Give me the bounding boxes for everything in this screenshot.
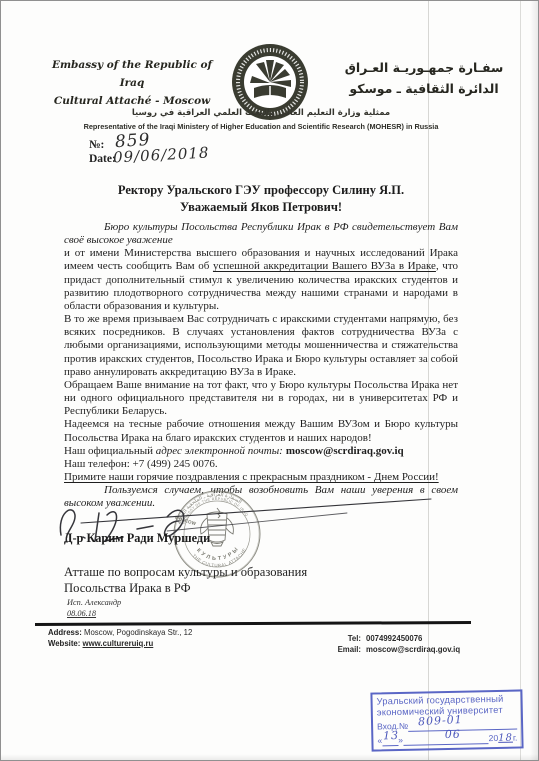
month-field: 06: [403, 732, 489, 746]
website-value: www.cultureruiq.ru: [83, 639, 154, 648]
ref-number-label: №:: [89, 139, 104, 151]
representative-line-en: Representative of the Iraqi Ministery of…: [41, 122, 481, 131]
addressee-line2: Уважаемый Яков Петрович!: [64, 199, 458, 216]
address-label: Address:: [48, 628, 82, 637]
email-line: Наш официальный адрес электронной почты:…: [64, 445, 458, 458]
embassy-name-ar: سفـارة جمهـوريـة العـراق الدائرة الثقافي…: [343, 57, 505, 99]
month-handwritten: 06: [445, 728, 461, 739]
footer-email-value: moscow@scrdiraq.gov.iq: [366, 644, 469, 655]
year-prefix: 20: [488, 733, 498, 744]
footer-address-row: Address: Moscow, Pogodinskaya Str., 12: [48, 628, 192, 639]
date-handwritten: 09/06/2018: [113, 143, 210, 166]
email-line-italic: адрес электронной почты:: [156, 445, 283, 457]
tel-value: 0074992450076: [366, 633, 469, 644]
email-address: moscow@scrdiraq.gov.iq: [286, 445, 404, 457]
day-handwritten: 13: [383, 730, 399, 741]
paragraph-hope: Надеемся на тесные рабочие отношения меж…: [64, 418, 458, 444]
email-label: Email:: [319, 644, 361, 655]
handwritten-signature: [47, 495, 447, 559]
university-received-stamp: Уральский государственный экономический …: [370, 689, 523, 751]
letter-body: Бюро культуры Посольства Республики Ирак…: [64, 221, 458, 510]
signatory-title-line2: Посольства Ирака в РФ: [64, 581, 307, 597]
date-label: Date:: [89, 153, 116, 165]
paragraph-greeting: Бюро культуры Посольства Республики Ирак…: [64, 221, 458, 247]
stamp-date-row: « 13 » 06 20 18 г.: [377, 731, 517, 746]
day-field: 13: [382, 734, 398, 746]
page-edge-line: [520, 1, 521, 761]
addressee-block: Ректору Уральского ГЭУ профессору Силину…: [64, 182, 458, 215]
congratulation-line: Примите наши горячие поздравления с прек…: [64, 471, 458, 484]
accreditation-underlined: успешной аккредитации Вашего ВУЗа в Ирак…: [213, 260, 436, 272]
executor-date: 08.06.18: [67, 609, 96, 618]
footer-website-row: Website: www.cultureruiq.ru: [48, 639, 192, 650]
footer-tel-row: Tel:0074992450076: [319, 633, 469, 644]
signatory-title-line1: Атташе по вопросам культуры и образовани…: [64, 565, 307, 581]
embassy-name-en-line1: Embassy of the Republic of Iraq: [51, 56, 213, 92]
phone-line: Наш телефон: +7 (499) 245 0076.: [64, 458, 458, 471]
paragraph-accreditation: и от имени Министерства высшего образова…: [64, 247, 458, 313]
executor-line: Исп. Александр: [67, 598, 121, 607]
incoming-number-field: 809-01: [408, 717, 517, 731]
embassy-name-ar-line1: سفـارة جمهـوريـة العـراق: [343, 57, 505, 78]
signatory-title: Атташе по вопросам культуры и образовани…: [64, 565, 307, 596]
footer-email-row: Email:moscow@scrdiraq.gov.iq: [319, 644, 469, 655]
footer-contact-block: Tel:0074992450076 Email:moscow@scrdiraq.…: [319, 633, 469, 655]
address-value: Moscow, Pogodinskaya Str., 12: [84, 628, 192, 637]
embassy-name-ar-line2: الدائرة الثقافية ـ موسكو: [343, 78, 505, 99]
incoming-number-handwritten: 809-01: [418, 713, 463, 726]
paragraph-direct-cooperation: В то же время призываем Вас сотрудничать…: [64, 313, 458, 379]
tel-label: Tel:: [319, 633, 361, 644]
representative-line-ar: ممثلية وزارة التعليم العالي والبحث العلم…: [61, 108, 461, 118]
footer-address-block: Address: Moscow, Pogodinskaya Str., 12 W…: [48, 628, 192, 649]
addressee-line1: Ректору Уральского ГЭУ профессору Силину…: [64, 182, 458, 199]
page-edge-shadow: [530, 1, 538, 761]
year-suffix: г.: [513, 732, 518, 743]
year-handwritten: 18: [498, 732, 513, 743]
signatory-name: Д-р Карим Ради Муршеди: [64, 531, 210, 546]
page-bottom-shadow: [1, 754, 539, 760]
paragraph-no-representatives: Обращаем Ваше внимание на тот факт, что …: [64, 379, 458, 418]
footer-rule: [35, 621, 471, 626]
website-label: Website:: [48, 639, 80, 648]
embassy-name-en: Embassy of the Republic of Iraq Cultural…: [51, 56, 213, 110]
email-line-text: Наш официальный: [64, 445, 156, 457]
scanned-letter-page: Embassy of the Republic of Iraq Cultural…: [0, 0, 539, 761]
